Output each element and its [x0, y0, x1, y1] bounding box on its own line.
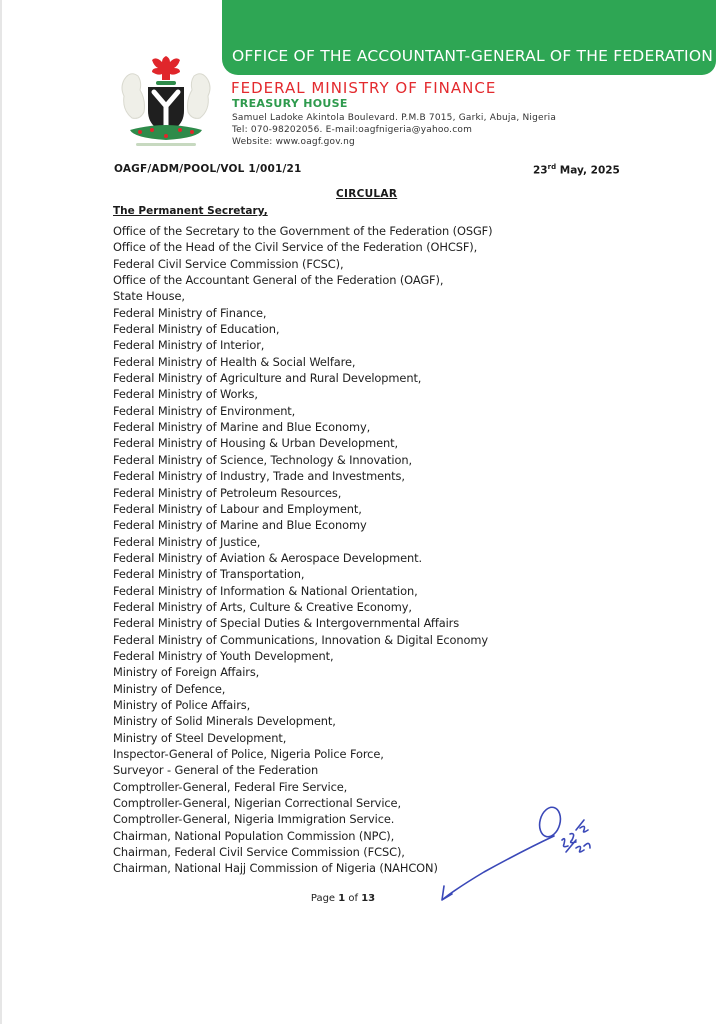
addressee-item: Federal Ministry of Health & Social Welf… — [113, 354, 492, 370]
date-day: 23 — [533, 165, 548, 177]
building-name: TREASURY HOUSE — [232, 97, 348, 110]
page-label: Page — [311, 893, 338, 904]
addressee-item: Office of the Accountant General of the … — [113, 272, 492, 288]
addressee-item: Office of the Secretary to the Governmen… — [113, 223, 492, 239]
addressee-item: Federal Ministry of Petroleum Resources, — [113, 485, 492, 501]
addressee-item: Ministry of Police Affairs, — [113, 697, 492, 713]
reference-number: OAGF/ADM/POOL/VOL 1/001/21 — [114, 163, 302, 175]
date-suffix: rd — [548, 163, 556, 171]
ministry-name: FEDERAL MINISTRY OF FINANCE — [231, 79, 496, 97]
addressee-item: Office of the Head of the Civil Service … — [113, 239, 492, 255]
postal-address: Samuel Ladoke Akintola Boulevard. P.M.B … — [232, 113, 556, 123]
addressee-item: Federal Ministry of Marine and Blue Econ… — [113, 419, 492, 435]
page-edge — [0, 0, 2, 1024]
website: Website: www.oagf.gov.ng — [232, 137, 355, 147]
addressee-item: Federal Ministry of Communications, Inno… — [113, 632, 492, 648]
page-total: 13 — [361, 893, 375, 904]
addressee-item: Federal Ministry of Science, Technology … — [113, 452, 492, 468]
addressee-item: Federal Ministry of Youth Development, — [113, 648, 492, 664]
addressee-item: Federal Ministry of Transportation, — [113, 566, 492, 582]
addressee-item: Federal Civil Service Commission (FCSC), — [113, 256, 492, 272]
addressee-item: Federal Ministry of Industry, Trade and … — [113, 468, 492, 484]
circular-page: OFFICE OF THE ACCOUNTANT-GENERAL OF THE … — [0, 0, 716, 1024]
addressee-item: Ministry of Defence, — [113, 681, 492, 697]
addressee-item: Comptroller-General, Federal Fire Servic… — [113, 779, 492, 795]
addressee-item: Federal Ministry of Finance, — [113, 305, 492, 321]
addressee-item: State House, — [113, 288, 492, 304]
addressee-item: Federal Ministry of Housing & Urban Deve… — [113, 435, 492, 451]
addressee-item: Federal Ministry of Marine and Blue Econ… — [113, 517, 492, 533]
addressee-item: Ministry of Foreign Affairs, — [113, 664, 492, 680]
addressee-item: Federal Ministry of Interior, — [113, 337, 492, 353]
addressee-item: Federal Ministry of Works, — [113, 386, 492, 402]
contact-info: Tel: 070-98202056. E-mail:oagfnigeria@ya… — [232, 125, 472, 135]
date-month-year: May, 2025 — [556, 165, 620, 177]
nigeria-coat-of-arms-icon — [106, 50, 226, 150]
addressee-item: Surveyor - General of the Federation — [113, 762, 492, 778]
document-heading: CIRCULAR — [336, 188, 397, 200]
addressee-item: Federal Ministry of Arts, Culture & Crea… — [113, 599, 492, 615]
letterhead-banner: OFFICE OF THE ACCOUNTANT-GENERAL OF THE … — [222, 0, 716, 75]
addressee-item: Federal Ministry of Education, — [113, 321, 492, 337]
addressee-item: Federal Ministry of Labour and Employmen… — [113, 501, 492, 517]
addressee-item: Federal Ministry of Justice, — [113, 534, 492, 550]
addressee-item: Federal Ministry of Information & Nation… — [113, 583, 492, 599]
banner-title: OFFICE OF THE ACCOUNTANT-GENERAL OF THE … — [232, 47, 713, 65]
salutation: The Permanent Secretary, — [113, 205, 268, 217]
addressee-item: Federal Ministry of Special Duties & Int… — [113, 615, 492, 631]
page-number: Page 1 of 13 — [0, 893, 716, 904]
page-of-label: of — [345, 893, 361, 904]
addressee-list: Office of the Secretary to the Governmen… — [113, 223, 492, 877]
addressee-item: Inspector-General of Police, Nigeria Pol… — [113, 746, 492, 762]
addressee-item: Federal Ministry of Environment, — [113, 403, 492, 419]
addressee-item: Federal Ministry of Agriculture and Rura… — [113, 370, 492, 386]
addressee-item: Ministry of Steel Development, — [113, 730, 492, 746]
addressee-item: Ministry of Solid Minerals Development, — [113, 713, 492, 729]
addressee-item: Federal Ministry of Aviation & Aerospace… — [113, 550, 492, 566]
document-date: 23rd May, 2025 — [533, 163, 620, 177]
